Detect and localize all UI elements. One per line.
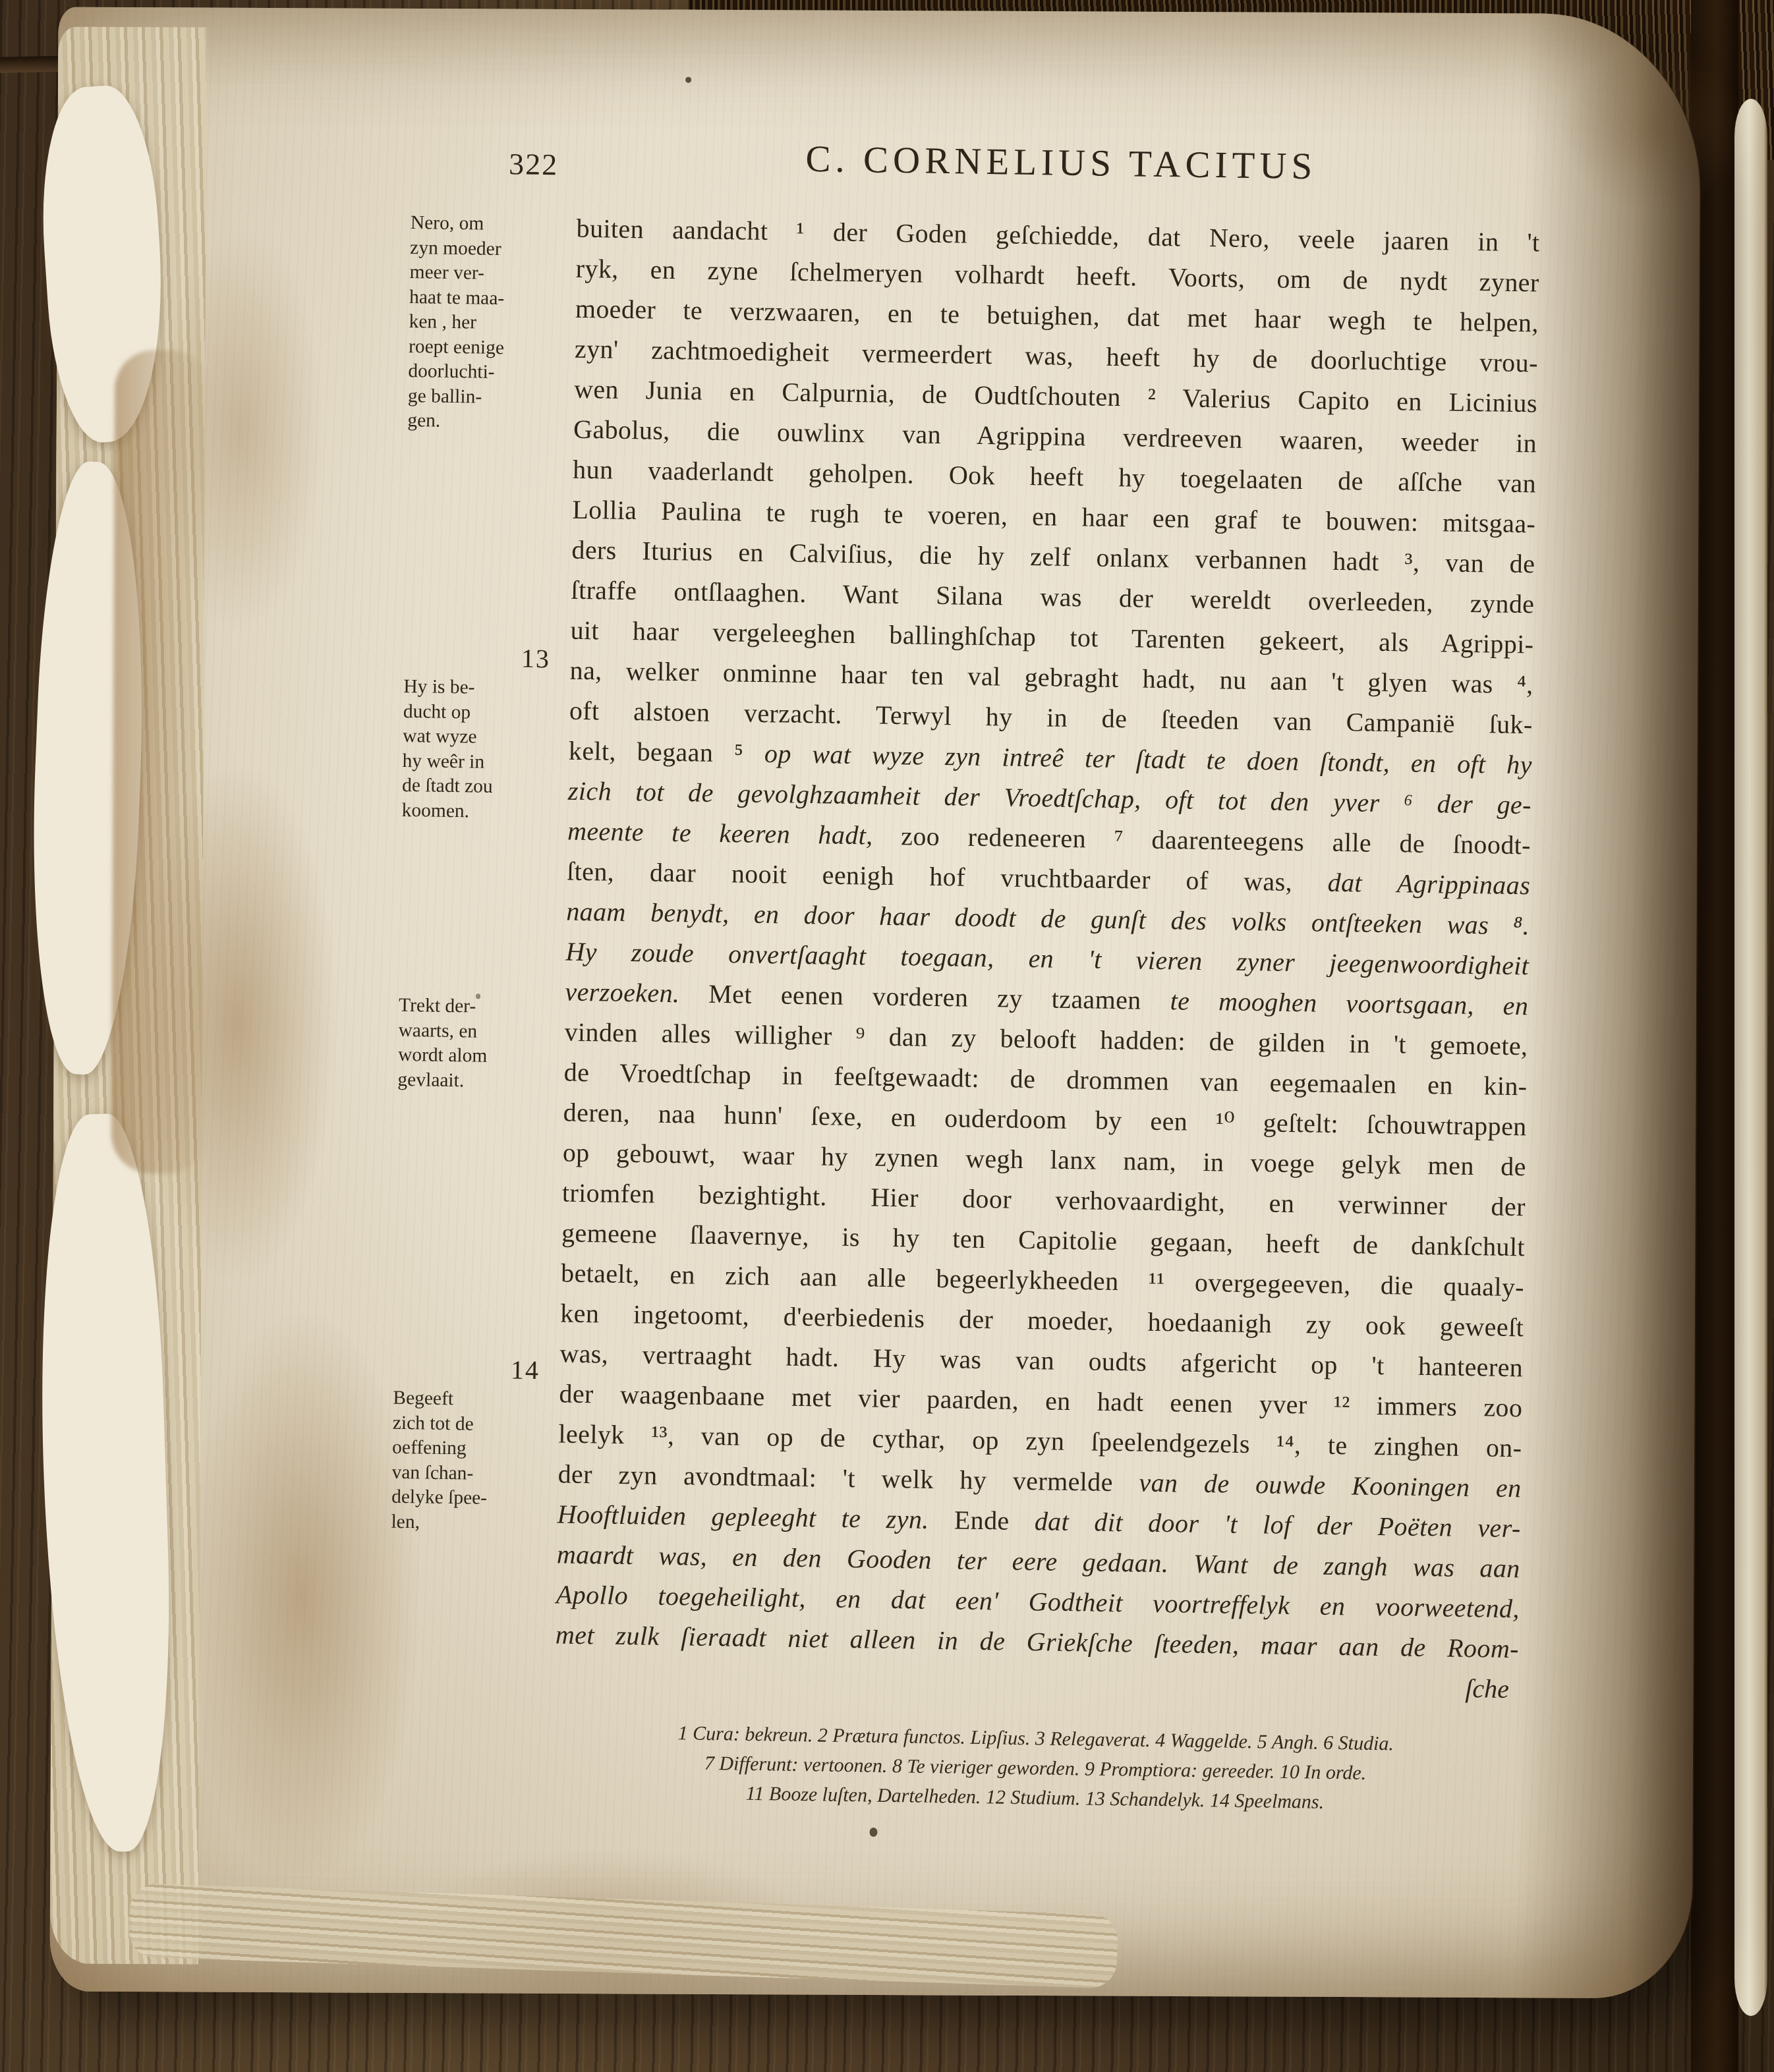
margin-note-line: meer ver-: [409, 260, 563, 287]
margin-note-text: Begeeftzich tot deoeffeningvan ſchan-del…: [391, 1386, 546, 1536]
margin-note-line: gevlaait.: [397, 1067, 551, 1094]
margin-note-line: Trekt der-: [399, 994, 552, 1021]
facing-page-edge: [1734, 99, 1767, 2016]
margin-note: 14 Begeeftzich tot deoeffeningvan ſchan-…: [391, 1353, 546, 1536]
margin-note-number: 13: [404, 642, 558, 674]
margin-note-line: ge ballin-: [408, 383, 561, 410]
margin-note-line: wat wyze: [403, 724, 556, 751]
photo-scene: 322 C. CORNELIUS TACITUS Nero, omzyn moe…: [0, 0, 1774, 2072]
margin-note-line: Begeeft: [393, 1386, 546, 1413]
margin-note-line: doorluchti-: [408, 359, 561, 386]
margin-note-line: waarts, en: [398, 1018, 552, 1045]
margin-note-line: zyn moeder: [410, 235, 563, 262]
margin-note-line: gen.: [407, 408, 561, 435]
margin-note-line: van ſchan-: [391, 1460, 545, 1487]
ink-speck: [685, 77, 691, 83]
margin-note: Trekt der-waarts, enwordt alomgevlaait.: [397, 994, 552, 1094]
margin-note-line: roept eenige: [409, 334, 562, 361]
margin-note-line: wordt alom: [398, 1043, 552, 1070]
footnotes: 1 Cura: bekreun. 2 Prætura functos. Lipſ…: [553, 1716, 1518, 1820]
margin-note-text: Nero, omzyn moedermeer ver-haat te maa-k…: [407, 211, 563, 435]
margin-note-line: Hy is be-: [403, 675, 557, 702]
margin-note-line: koomen.: [401, 798, 555, 825]
margin-note-text: Trekt der-waarts, enwordt alomgevlaait.: [397, 994, 552, 1094]
margin-note-number: 14: [393, 1353, 547, 1386]
margin-note-line: hy weêr in: [402, 748, 556, 775]
body-text: buiten aandacht ¹ der Goden geſchiedde, …: [555, 208, 1540, 1709]
margin-note-line: zich tot de: [392, 1411, 546, 1438]
page-number: 322: [509, 146, 559, 182]
margin-note-line: Nero, om: [411, 211, 564, 238]
margin-note-line: ducht op: [403, 699, 557, 726]
printed-text-block: 322 C. CORNELIUS TACITUS Nero, omzyn moe…: [386, 125, 1552, 1868]
running-header: C. CORNELIUS TACITUS: [805, 138, 1317, 188]
margin-note-line: de ſtadt zou: [402, 773, 556, 800]
margin-note-text: Hy is be-ducht opwat wyzehy weêr inde ſt…: [401, 675, 556, 825]
margin-note-line: haat te maa-: [409, 285, 563, 312]
margin-note: 13 Hy is be-ducht opwat wyzehy weêr inde…: [401, 642, 557, 825]
margin-note-line: len,: [391, 1509, 544, 1536]
margin-note-line: oeffening: [392, 1436, 546, 1463]
margin-notes: Nero, omzyn moedermeer ver-haat te maa-k…: [411, 206, 563, 208]
margin-note-line: delyke ſpee-: [391, 1485, 545, 1512]
margin-note: Nero, omzyn moedermeer ver-haat te maa-k…: [407, 211, 563, 435]
margin-note-line: ken , her: [409, 310, 562, 337]
